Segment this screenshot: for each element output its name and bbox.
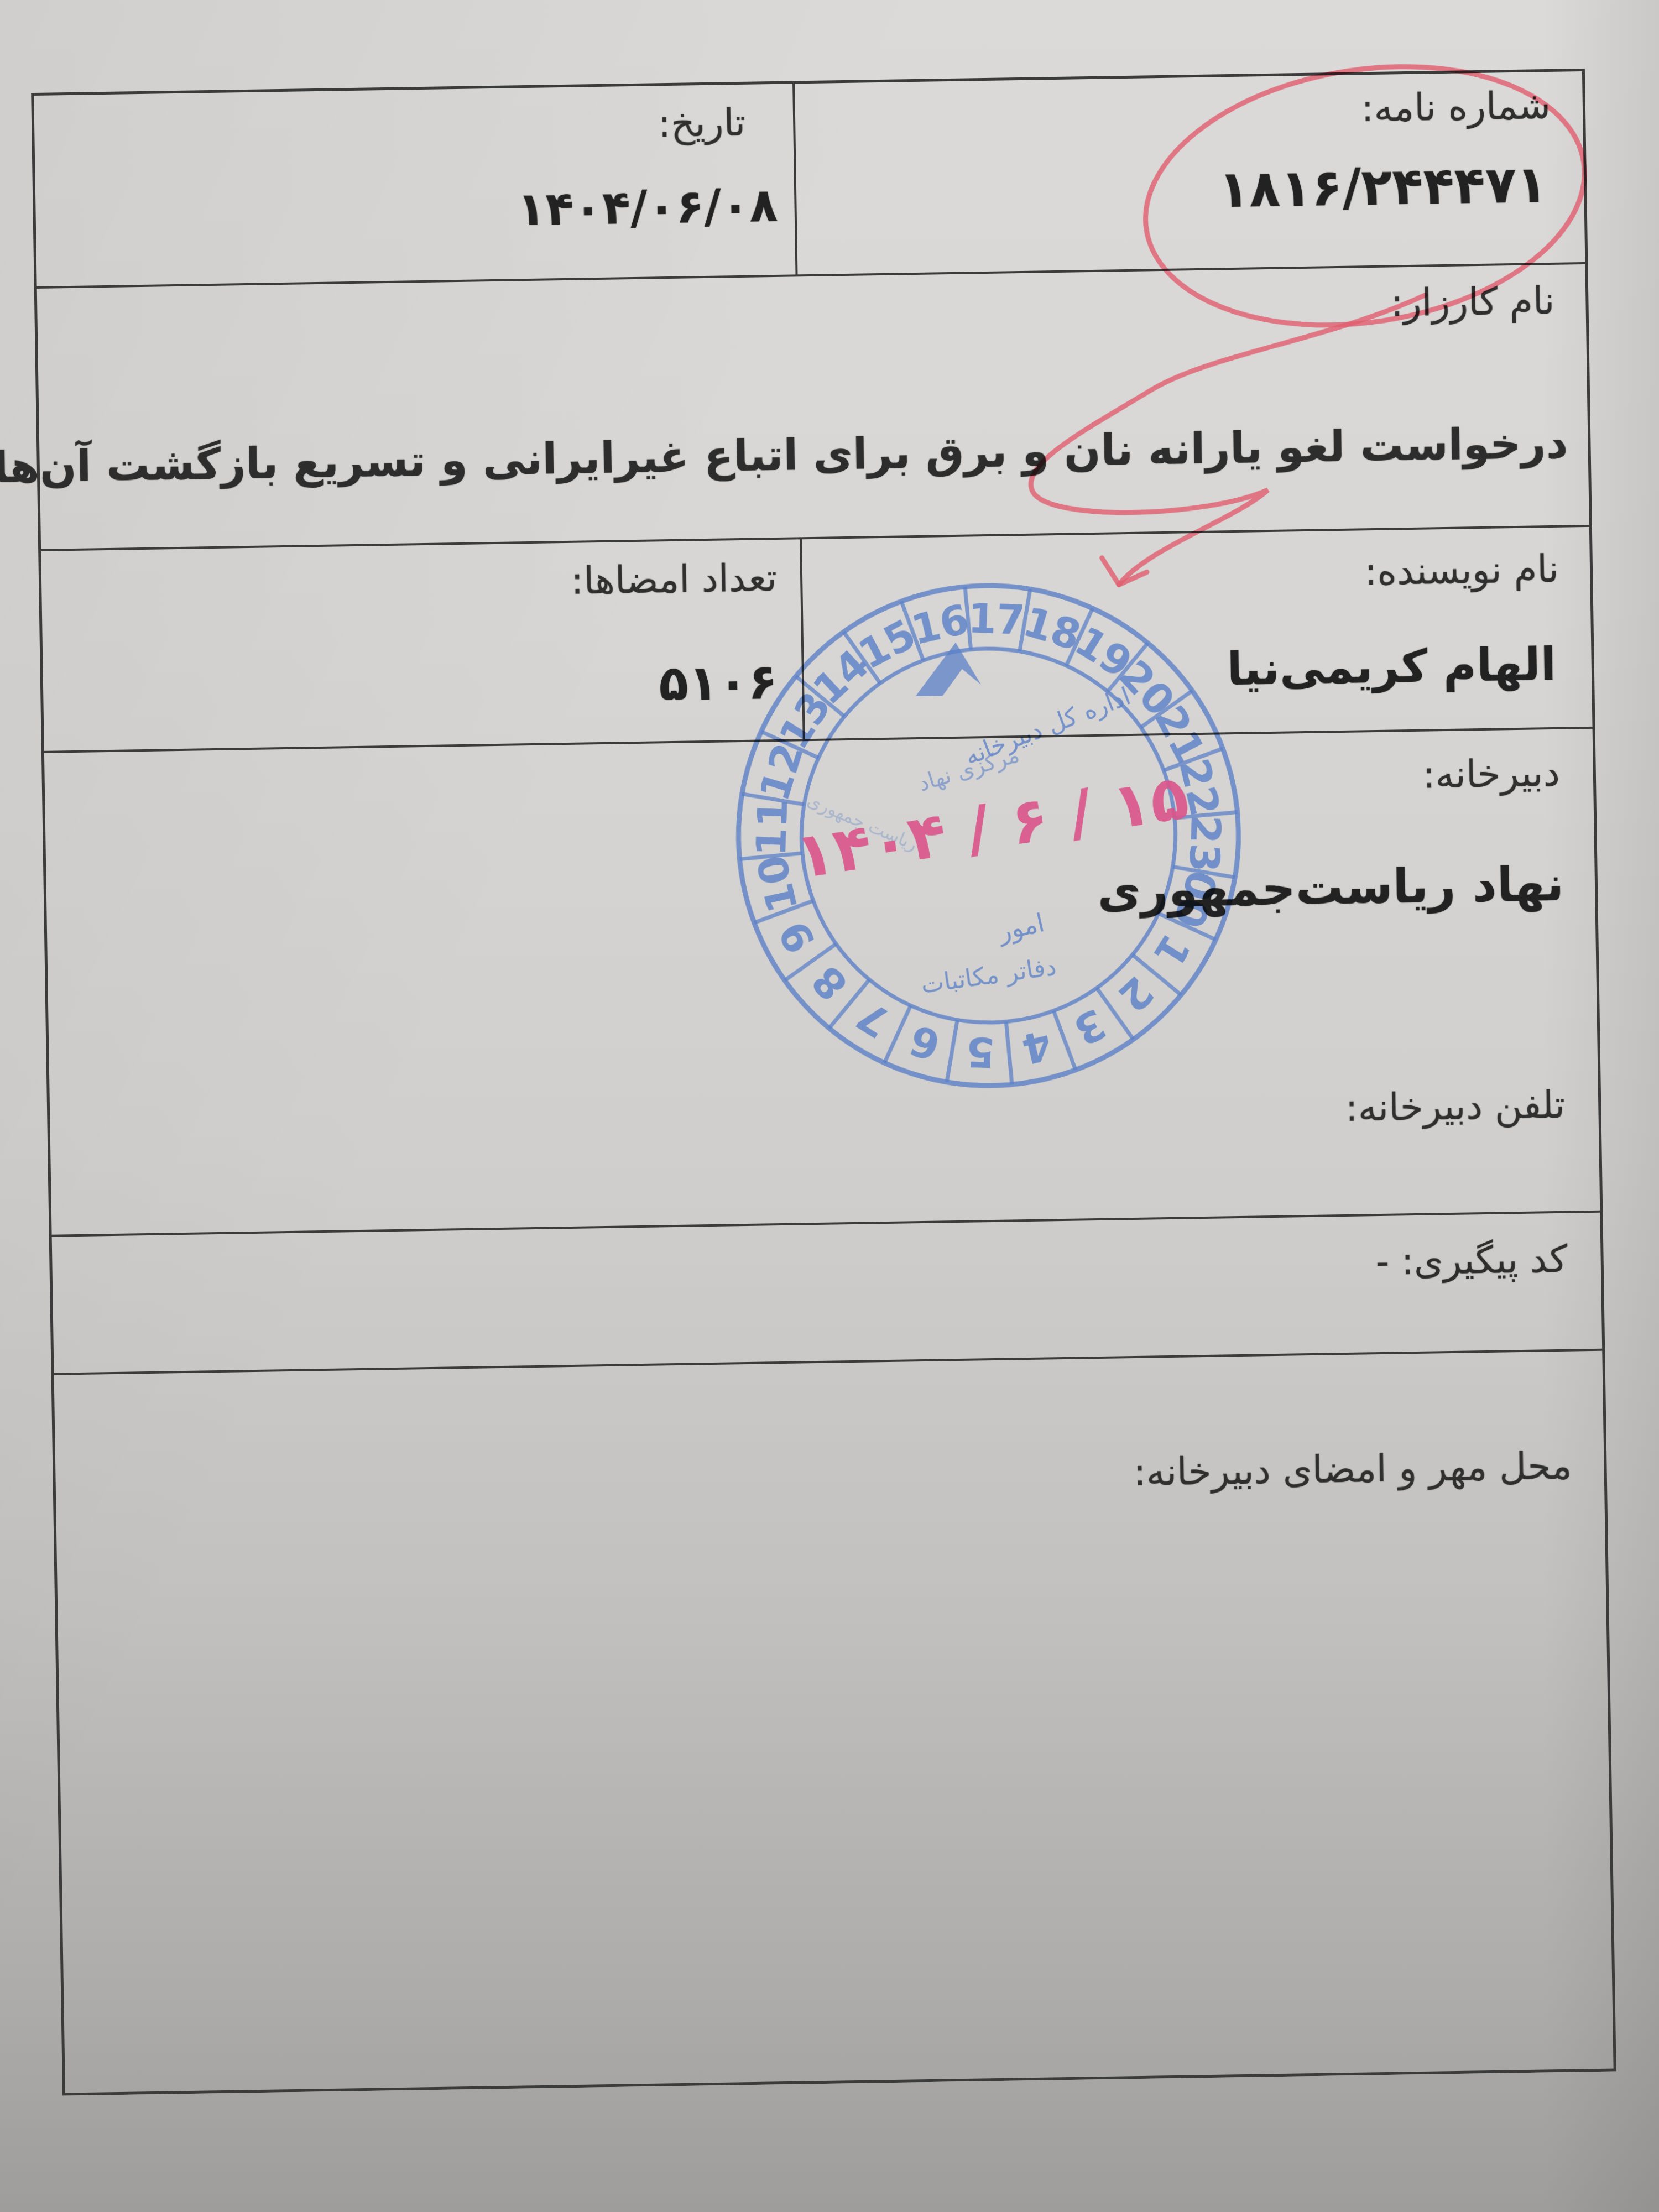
stamp-ring-number: 1 (1144, 926, 1199, 975)
letter-number-cell: شماره نامه: ۱۸۱۶/۲۴۴۴۷۱ (792, 71, 1585, 274)
stamp-dept-line2: دفاتر مکاتبات (919, 953, 1058, 999)
author-label: نام نویسنده: (1364, 547, 1559, 594)
author-value: الهام کریمی‌نیا (1227, 638, 1556, 696)
date-value: ۱۴۰۴/۰۶/۰۸ (517, 178, 778, 236)
letter-number-label: شماره نامه: (1361, 84, 1551, 131)
stamp-ring-number: 3 (1066, 999, 1114, 1055)
stamp-ring-number: 16 (907, 595, 973, 654)
stamp-ring-number: 6 (904, 1015, 946, 1069)
stamp-ring-number: 17 (967, 594, 1026, 644)
row-letter-number-date: شماره نامه: ۱۸۱۶/۲۴۴۴۷۱ تاریخ: ۱۴۰۴/۰۶/۰… (34, 71, 1585, 289)
stamp-ring-number: 9 (770, 913, 825, 961)
stamp-handwritten-date: ۱۵ / ۶ / ۱۴۰۴ (791, 761, 1193, 893)
stamp-ring-number: 5 (966, 1027, 996, 1076)
stamp-ring-divider (1006, 1022, 1012, 1084)
stamp-ring-number: 4 (1018, 1020, 1056, 1073)
stamp-ring-number: 11 (748, 799, 797, 857)
stamp-dept-line1: امور (994, 907, 1047, 948)
stamp-ring-divider (947, 1020, 957, 1082)
row-tracking-code: کد پیگیری: - (52, 1213, 1603, 1375)
row-stamp-place: محل مهر و امضای دبیرخانه: (54, 1351, 1614, 2093)
campaign-name-label: نام کارزار: (1390, 279, 1555, 326)
letter-number-value: ۱۸۱۶/۲۴۴۴۷۱ (1218, 155, 1548, 219)
secretariat-phone-label: تلفن دبیرخانه: (1345, 1083, 1566, 1130)
row-campaign: نام کارزار: درخواست لغو یارانه نان و برق… (37, 264, 1589, 551)
secretariat-label: دبیرخانه: (1422, 752, 1561, 797)
paper: شماره نامه: ۱۸۱۶/۲۴۴۴۷۱ تاریخ: ۱۴۰۴/۰۶/۰… (0, 0, 1659, 2212)
secretariat-stamp: 171819202122230012345678910111213141516 … (719, 566, 1258, 1105)
form-table: شماره نامه: ۱۸۱۶/۲۴۴۴۷۱ تاریخ: ۱۴۰۴/۰۶/۰… (31, 69, 1616, 2096)
stamp-ring-number: 7 (849, 991, 898, 1046)
campaign-title: درخواست لغو یارانه نان و برق برای اتباع … (0, 418, 1568, 497)
date-label: تاریخ: (658, 101, 745, 146)
signatures-cell: تعداد امضاها: ۵۱۰۶ (41, 539, 803, 751)
date-cell: تاریخ: ۱۴۰۴/۰۶/۰۸ (34, 84, 795, 286)
tracking-code-line: کد پیگیری: - (1375, 1238, 1568, 1284)
stamp-place-label: محل مهر و امضای دبیرخانه: (1133, 1444, 1572, 1495)
tracking-code-value: - (1375, 1240, 1390, 1284)
tracking-code-label: کد پیگیری: (1401, 1238, 1568, 1284)
